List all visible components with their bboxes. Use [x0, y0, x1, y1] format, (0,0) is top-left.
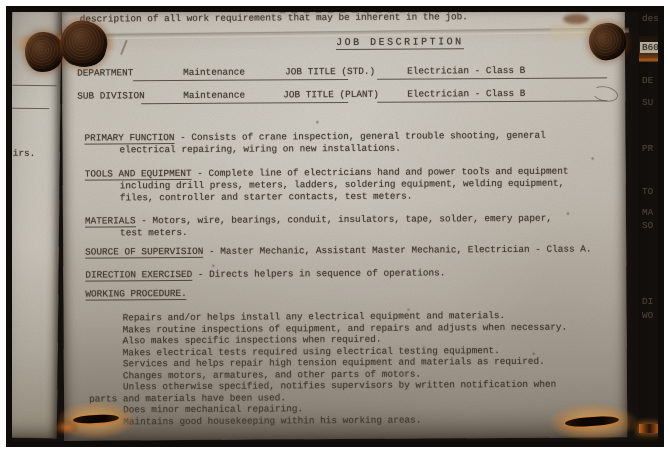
field-value-job-title-std: Electrician - Class B: [407, 65, 525, 78]
field-value-department: Maintenance: [183, 67, 245, 80]
section-text: - Complete line of electricians hand and…: [192, 166, 569, 179]
section-heading: TOOLS AND EQUIPMENT: [85, 168, 192, 181]
procedure-line: Maintains good housekeeping within his w…: [86, 413, 598, 428]
section-text: - Motors, wire, bearings, conduit, insul…: [136, 213, 552, 227]
burn-streak: [639, 424, 658, 433]
paper-fragment: WO: [642, 310, 653, 321]
burn-glow: [55, 421, 78, 434]
paper-fragment: DI: [642, 296, 653, 307]
photo: irs. description of all work requirement…: [12, 12, 658, 441]
paper-fragment: PR: [642, 143, 653, 154]
right-paper-sheet: desB60DESUPRTOMASODIWO: [639, 12, 658, 439]
paper-fragment: MA: [642, 207, 653, 218]
field-label-sub-division: SUB DIVISION: [77, 90, 145, 103]
blank-line: [12, 108, 49, 109]
rust-bolt: [25, 32, 63, 72]
section-heading: MATERIALS: [85, 215, 136, 227]
working-procedure-heading-text: WORKING PROCEDURE.: [85, 288, 186, 301]
paper-fragment: SO: [642, 220, 653, 231]
paper-fragment: des: [642, 13, 658, 24]
field-label-job-title-plant: JOB TITLE (PLANT): [283, 89, 379, 102]
section-text: - Directs helpers in sequence of operati…: [192, 267, 445, 280]
document-title-text: JOB DESCRIPTION: [336, 37, 464, 50]
section-text: test meters.: [85, 225, 589, 240]
pencil-mark: [120, 40, 128, 56]
section: PRIMARY FUNCTION - Consists of crane ins…: [84, 130, 588, 157]
section-heading: DIRECTION EXERCISED: [85, 269, 192, 282]
section: SOURCE OF SUPERVISION - Master Mechanic,…: [85, 244, 589, 259]
section-text: - Master Mechanic, Assistant Master Mech…: [203, 243, 591, 256]
section-heading: PRIMARY FUNCTION: [84, 132, 174, 145]
paper-fragment: B60: [640, 42, 658, 53]
section-heading: SOURCE OF SUPERVISION: [85, 246, 203, 259]
document-title: JOB DESCRIPTION: [302, 37, 498, 50]
photo-frame: irs. description of all work requirement…: [0, 0, 670, 453]
paper-fragment: SU: [642, 97, 653, 108]
blank-line: [12, 85, 56, 86]
section-text: - Consists of crane inspection, general …: [174, 130, 545, 143]
field-underline: [141, 102, 348, 104]
section: DIRECTION EXERCISED - Directs helpers in…: [85, 267, 589, 282]
section-text: electrical repairing, wiring on new inst…: [85, 142, 589, 157]
field-value-sub-division: Maintenance: [183, 90, 245, 103]
field-label-job-title-std: JOB TITLE (STD.): [285, 66, 375, 79]
procedure-list: Repairs and/or helps install any electri…: [86, 309, 599, 428]
section: MATERIALS - Motors, wire, bearings, cond…: [85, 213, 589, 240]
field-label-department: DEPARTMENT: [77, 67, 133, 80]
document-page: description of all work requirements tha…: [62, 12, 628, 441]
intro-line: description of all work requirements tha…: [80, 12, 468, 26]
working-procedure-heading: WORKING PROCEDURE.: [85, 288, 186, 301]
left-paper-sheet: irs.: [12, 12, 61, 438]
section-text: files, controller and starter contacts, …: [85, 190, 589, 205]
section: TOOLS AND EQUIPMENT - Complete line of e…: [85, 166, 589, 206]
field-underline: [133, 79, 348, 81]
photo-border: irs. description of all work requirement…: [6, 6, 664, 447]
paper-fragment: irs.: [13, 148, 36, 160]
paper-fragment: DE: [642, 75, 653, 86]
rust-smudge: [563, 14, 589, 24]
paper-fragment: TO: [642, 186, 653, 197]
field-value-job-title-plant: Electrician - Class B: [407, 88, 525, 101]
